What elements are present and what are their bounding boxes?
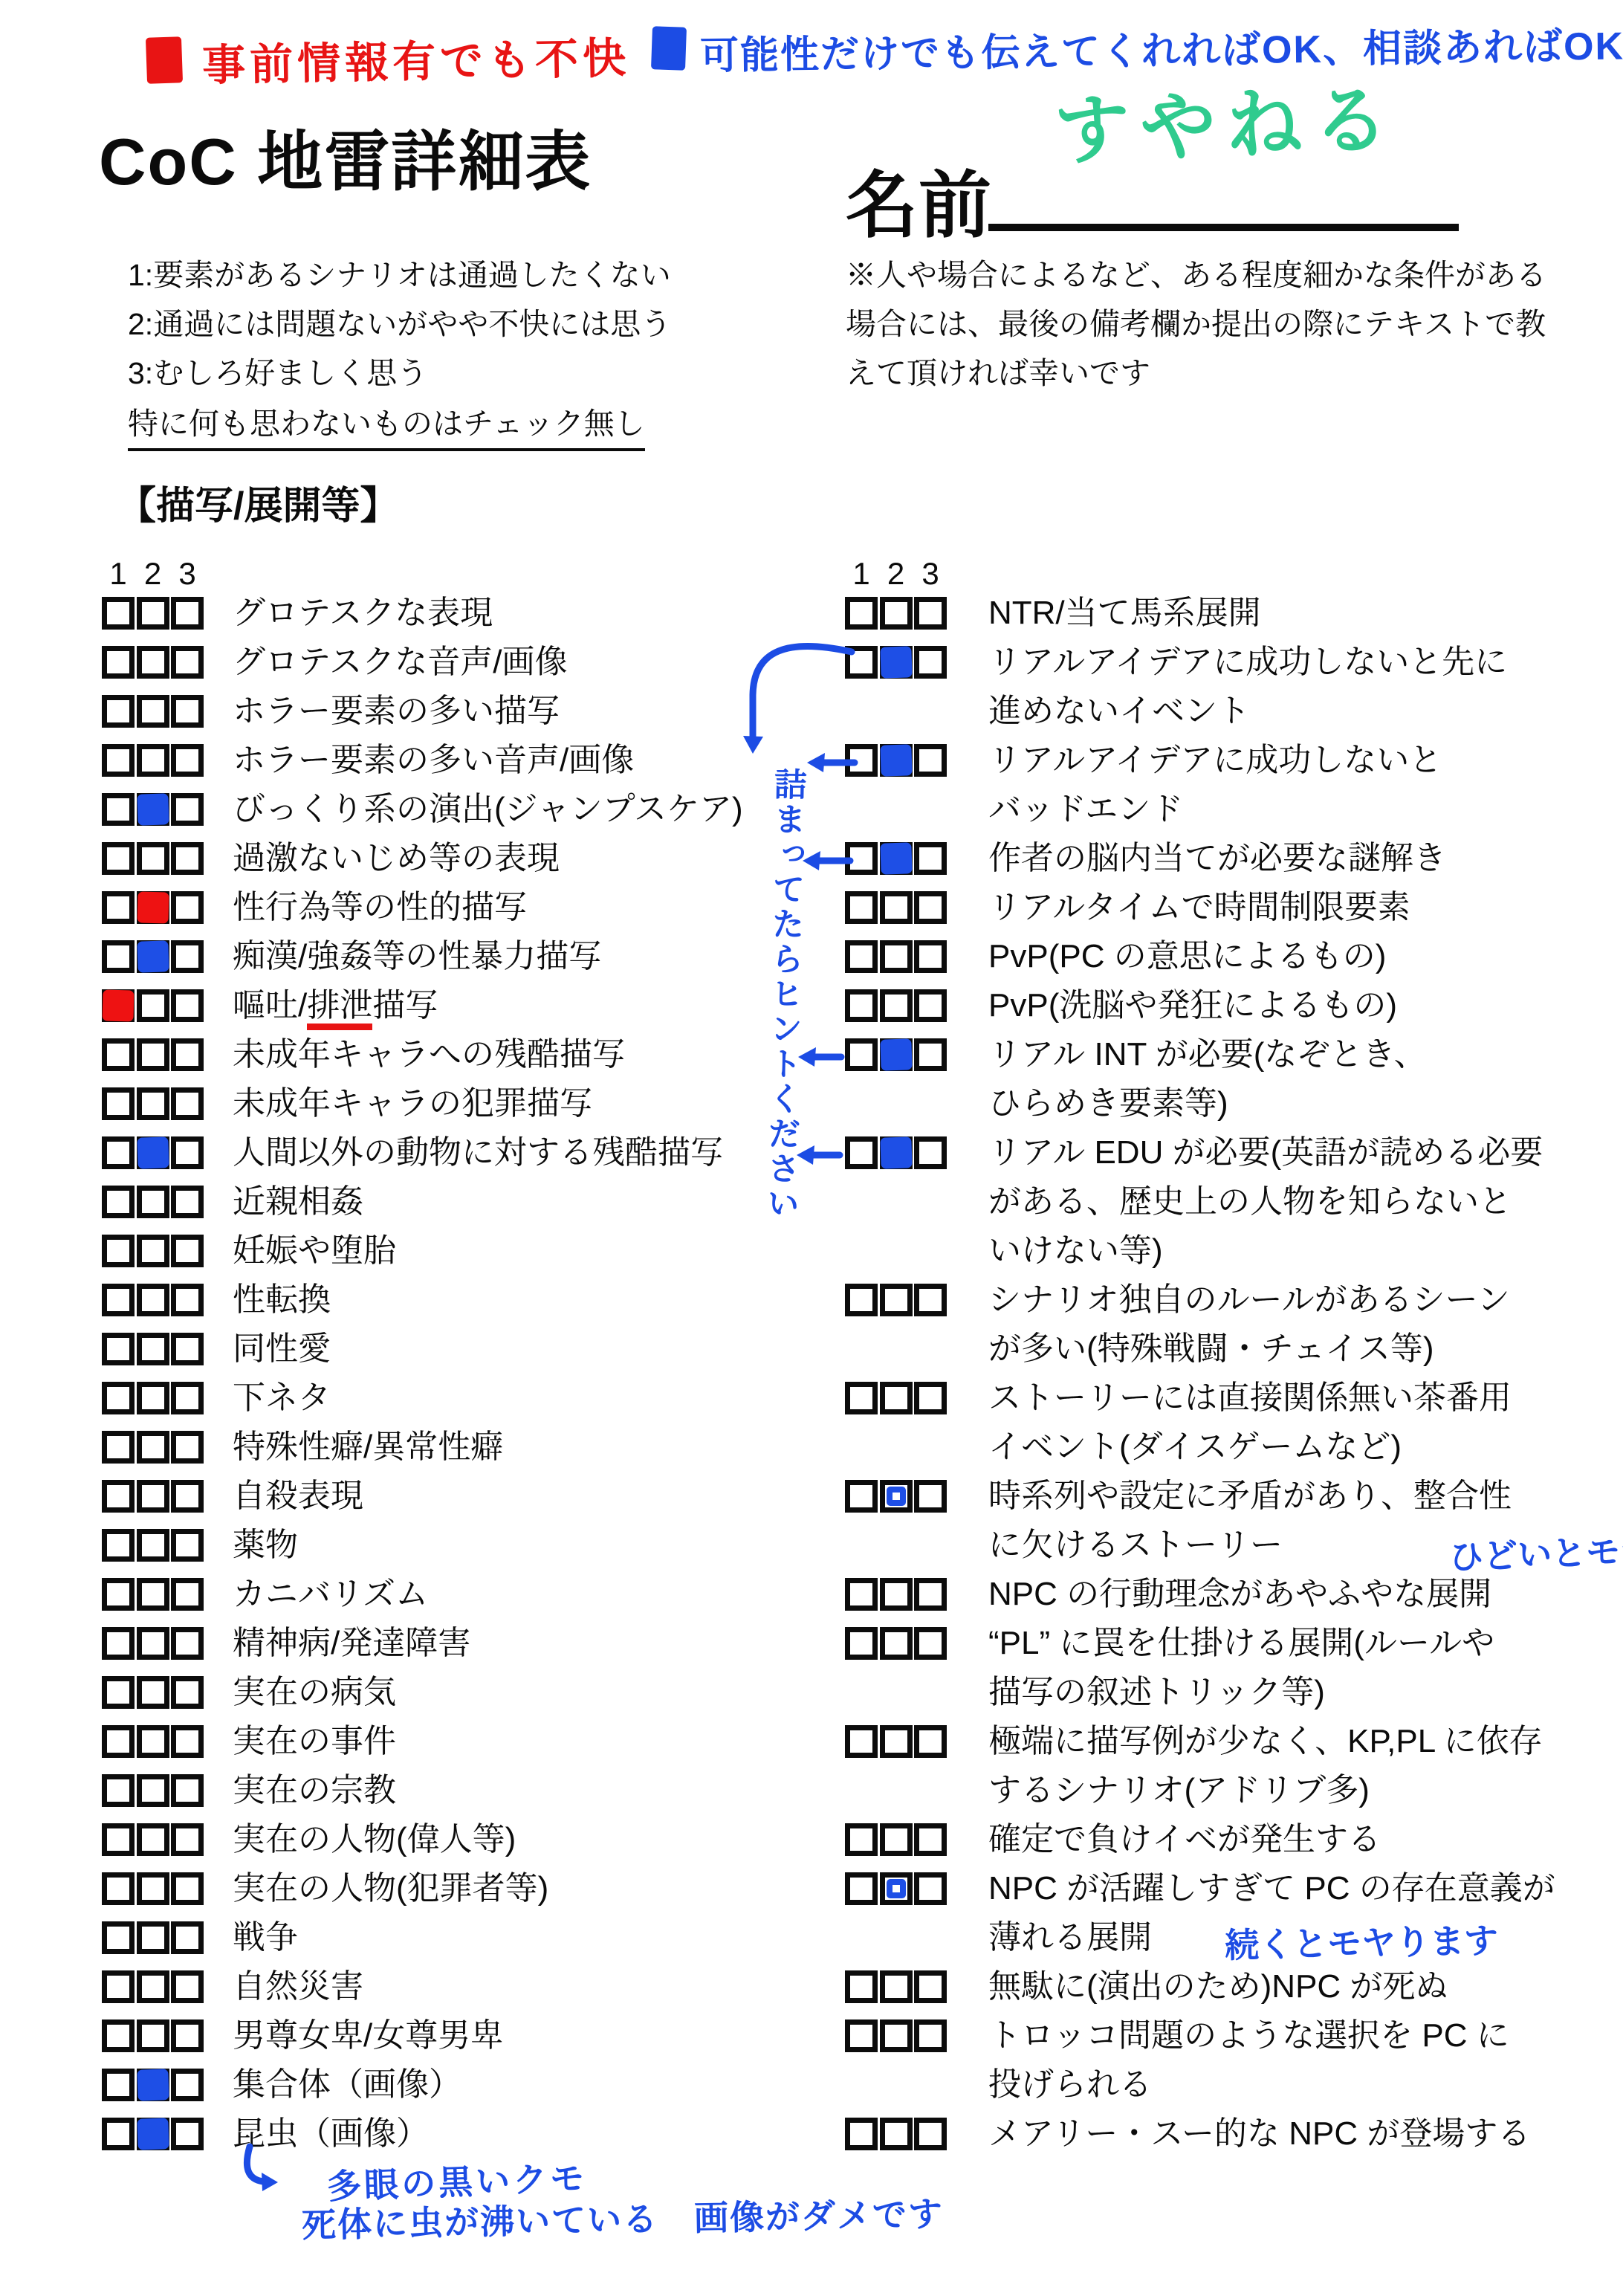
- checkbox-1[interactable]: [845, 1136, 878, 1169]
- checklist-row: [102, 883, 206, 932]
- checkbox-3[interactable]: [171, 1284, 204, 1316]
- checklist-row: [845, 1374, 949, 1423]
- checklist-row: [845, 1815, 949, 1864]
- checklist-row: [845, 1275, 949, 1325]
- checkbox-fill: [880, 842, 912, 874]
- page-title: CoC 地雷詳細表: [99, 110, 592, 204]
- checkbox-3[interactable]: [914, 1382, 947, 1414]
- checkbox-2[interactable]: [880, 1872, 913, 1905]
- checkbox-2[interactable]: [137, 1087, 169, 1120]
- checkbox-3[interactable]: [171, 1186, 204, 1218]
- checkbox-2[interactable]: [880, 891, 913, 924]
- form-page: 事前情報有でも不快 可能性だけでも伝えてくれればOK、相談あればOK CoC 地…: [0, 0, 1623, 2296]
- checklist-label: カニバリズム: [233, 1570, 428, 1619]
- checkbox-1[interactable]: [102, 989, 135, 1022]
- checklist-label: 下ネタ: [233, 1374, 331, 1423]
- checkbox-2[interactable]: [137, 891, 169, 924]
- checklist-row: [845, 1030, 949, 1079]
- checkbox-2[interactable]: [137, 793, 169, 826]
- checkbox-3[interactable]: [914, 2019, 947, 2052]
- checklist-label: グロテスクな表現: [233, 589, 493, 638]
- checkbox-3[interactable]: [914, 1970, 947, 2003]
- name-label: 名前: [846, 147, 991, 252]
- checkbox-2[interactable]: [880, 989, 913, 1022]
- checkbox-3[interactable]: [171, 940, 204, 973]
- checkbox-fill: [102, 989, 134, 1021]
- checkbox-fill: [880, 646, 912, 678]
- checklist-label: 未成年キャラへの残酷描写: [233, 1030, 625, 1079]
- checkbox-1[interactable]: [102, 842, 135, 875]
- checkbox-2[interactable]: [137, 2069, 169, 2101]
- checklist-label: 人間以外の動物に対する残酷描写: [233, 1128, 723, 1177]
- checklist-label: リアルアイデアに成功しないと: [988, 736, 1442, 785]
- checklist-row: [102, 1374, 206, 1423]
- checkbox-1[interactable]: [102, 1578, 135, 1611]
- checkbox-3[interactable]: [171, 1823, 204, 1856]
- checkbox-3[interactable]: [914, 1872, 947, 1905]
- checkbox-1[interactable]: [102, 2069, 135, 2101]
- checkbox-1[interactable]: [102, 744, 135, 777]
- checkbox-1[interactable]: [102, 940, 135, 973]
- checkbox-1[interactable]: [102, 646, 135, 679]
- checklist-row: [102, 834, 206, 883]
- checklist-row: [102, 2109, 206, 2158]
- checklist-label: リアルアイデアに成功しないと先に: [988, 638, 1507, 687]
- checkbox-fill: [137, 793, 169, 825]
- checklist-label: がある、歴史上の人物を知らないと: [988, 1177, 1512, 1226]
- checkbox-1[interactable]: [102, 1284, 135, 1316]
- checkbox-1[interactable]: [102, 1627, 135, 1660]
- checklist-label: シナリオ独自のルールがあるシーン: [988, 1275, 1510, 1325]
- checklist-row: [102, 1423, 206, 1472]
- checkbox-1[interactable]: [845, 1382, 878, 1414]
- checklist-label: ホラー要素の多い描写: [233, 687, 560, 736]
- checkbox-small-fill: [887, 1487, 906, 1506]
- checklist-label: が多い(特殊戦闘・チェイス等): [988, 1325, 1434, 1374]
- checkbox-1[interactable]: [102, 1431, 135, 1464]
- checkbox-3[interactable]: [171, 1627, 204, 1660]
- checkbox-1[interactable]: [845, 1872, 878, 1905]
- checkbox-3[interactable]: [171, 793, 204, 826]
- checkbox-3[interactable]: [171, 1676, 204, 1709]
- checklist-row: [845, 736, 949, 785]
- checkbox-3[interactable]: [171, 2019, 204, 2052]
- checklist-label: ストーリーには直接関係無い茶番用: [988, 1374, 1512, 1423]
- checklist-row: [845, 2109, 949, 2158]
- checklist-label: 妊娠や堕胎: [233, 1226, 396, 1275]
- checkbox-2[interactable]: [137, 1333, 169, 1365]
- checkbox-1[interactable]: [845, 646, 878, 679]
- checkbox-fill: [880, 1136, 912, 1168]
- checklist-row: [102, 589, 206, 638]
- checkbox-2[interactable]: [880, 1382, 913, 1414]
- checklist-row: [845, 1128, 949, 1177]
- checkbox-3[interactable]: [914, 842, 947, 875]
- checkbox-3[interactable]: [171, 891, 204, 924]
- checkbox-3[interactable]: [914, 597, 947, 630]
- checklist-row: [102, 1570, 206, 1619]
- name-underline: [988, 224, 1459, 231]
- checklist-row: [845, 1717, 949, 1766]
- checkbox-1[interactable]: [102, 1235, 135, 1267]
- checklist-row: [845, 834, 949, 883]
- checkbox-2[interactable]: [137, 597, 169, 630]
- checkbox-1[interactable]: [102, 1921, 135, 1954]
- checkbox-3[interactable]: [171, 744, 204, 777]
- checkbox-small-fill: [887, 1879, 906, 1898]
- checklist-label: リアル INT が必要(なぞとき、: [988, 1030, 1427, 1079]
- checkbox-2[interactable]: [137, 1725, 169, 1758]
- checkbox-2[interactable]: [137, 1921, 169, 1954]
- checkbox-2[interactable]: [880, 646, 913, 679]
- checklist-label: ホラー要素の多い音声/画像: [233, 736, 634, 785]
- checklist-row: [845, 1472, 949, 1521]
- checkbox-2[interactable]: [137, 842, 169, 875]
- checklist-label: 過激ないじめ等の表現: [233, 834, 560, 883]
- checkbox-2[interactable]: [137, 1872, 169, 1905]
- checklist-row: [102, 687, 206, 736]
- checkbox-3[interactable]: [171, 989, 204, 1022]
- checklist-label: 実在の事件: [233, 1717, 396, 1766]
- checkbox-1[interactable]: [845, 891, 878, 924]
- checkbox-3[interactable]: [171, 1087, 204, 1120]
- checkbox-1[interactable]: [102, 1382, 135, 1414]
- checklist-label: 精神病/発達障害: [233, 1619, 470, 1668]
- checklist-label: 確定で負けイベが発生する: [988, 1815, 1381, 1864]
- checkbox-2[interactable]: [137, 646, 169, 679]
- checkbox-3[interactable]: [914, 744, 947, 777]
- checklist-label: “PL” に罠を仕掛ける展開(ルールや: [988, 1619, 1494, 1668]
- checkbox-2[interactable]: [137, 1774, 169, 1807]
- checklist-row: [102, 1177, 206, 1226]
- checklist-label: トロッコ問題のような選択を PC に: [988, 2011, 1509, 2060]
- checkbox-1[interactable]: [102, 695, 135, 728]
- checkbox-2[interactable]: [137, 1480, 169, 1513]
- checklist-label: グロテスクな音声/画像: [233, 638, 567, 687]
- checkbox-2[interactable]: [880, 1970, 913, 2003]
- checkbox-1[interactable]: [845, 940, 878, 973]
- checkbox-2[interactable]: [880, 1038, 913, 1071]
- checkbox-1[interactable]: [845, 744, 878, 777]
- blue-filled-checkbox-sample: [651, 26, 687, 71]
- checkbox-2[interactable]: [880, 1627, 913, 1660]
- checkbox-3[interactable]: [914, 989, 947, 1022]
- checkbox-2[interactable]: [137, 989, 169, 1022]
- checkbox-1[interactable]: [845, 1725, 878, 1758]
- checkbox-2[interactable]: [880, 1725, 913, 1758]
- checklist-label: NTR/当て馬系展開: [988, 589, 1261, 638]
- checkbox-2[interactable]: [137, 1676, 169, 1709]
- checkbox-3[interactable]: [171, 1480, 204, 1513]
- checklist-row: [845, 1570, 949, 1619]
- checkbox-3[interactable]: [171, 1774, 204, 1807]
- checkbox-1[interactable]: [845, 1038, 878, 1071]
- checkbox-2[interactable]: [137, 1235, 169, 1267]
- checklist-row: [102, 638, 206, 687]
- rating-legend: 1:要素があるシナリオは通過したくない 2:通過には問題ないがやや不快には思う …: [128, 250, 671, 398]
- checkbox-1[interactable]: [102, 2019, 135, 2052]
- checkbox-2[interactable]: [137, 744, 169, 777]
- checklist-label: 薬物: [233, 1521, 298, 1570]
- checklist-row: [102, 1619, 206, 1668]
- checkbox-1[interactable]: [845, 2118, 878, 2150]
- checklist-label: 同性愛: [233, 1325, 331, 1374]
- checklist-label: 実在の人物(犯罪者等): [233, 1864, 548, 1913]
- checklist-row: [845, 1864, 949, 1913]
- checkbox-1[interactable]: [102, 1774, 135, 1807]
- checklist-label: いけない等): [988, 1226, 1163, 1275]
- checkbox-3[interactable]: [171, 2118, 204, 2150]
- checkbox-3[interactable]: [914, 2118, 947, 2150]
- checkbox-fill: [137, 2118, 169, 2150]
- checkbox-3[interactable]: [171, 597, 204, 630]
- checklist-row: [102, 736, 206, 785]
- checkbox-3[interactable]: [914, 1480, 947, 1513]
- checkbox-1[interactable]: [102, 1186, 135, 1218]
- checkbox-1[interactable]: [102, 1676, 135, 1709]
- checklist-label: NPC の行動理念があやふやな展開: [988, 1570, 1491, 1619]
- checkbox-3[interactable]: [171, 1725, 204, 1758]
- checkbox-1[interactable]: [845, 2019, 878, 2052]
- checkbox-3[interactable]: [171, 1578, 204, 1611]
- checkbox-3[interactable]: [171, 1431, 204, 1464]
- name-note: ※人や場合によるなど、ある程度細かな条件がある 場合には、最後の備考欄か提出の際…: [846, 250, 1546, 398]
- checkbox-1[interactable]: [102, 1333, 135, 1365]
- checkbox-1[interactable]: [102, 1136, 135, 1169]
- checklist-label: 特殊性癖/異常性癖: [233, 1423, 503, 1472]
- checklist-row: [845, 883, 949, 932]
- checkbox-1[interactable]: [102, 1529, 135, 1562]
- checklist-label: 男尊女卑/女尊男卑: [233, 2011, 503, 2060]
- checkbox-2[interactable]: [137, 695, 169, 728]
- checkbox-1[interactable]: [845, 1823, 878, 1856]
- checkbox-3[interactable]: [914, 1284, 947, 1316]
- checkbox-3[interactable]: [171, 2069, 204, 2101]
- checkbox-fill: [137, 2069, 169, 2101]
- checkbox-2[interactable]: [137, 940, 169, 973]
- checkbox-1[interactable]: [102, 1872, 135, 1905]
- checkbox-3[interactable]: [914, 1823, 947, 1856]
- checklist-label: びっくり系の演出(ジャンプスケア): [233, 785, 743, 834]
- checkbox-2[interactable]: [880, 842, 913, 875]
- checklist-label: ひらめき要素等): [988, 1079, 1228, 1128]
- checkbox-1[interactable]: [102, 597, 135, 630]
- checkbox-1[interactable]: [102, 1038, 135, 1071]
- checklist-row: [102, 932, 206, 981]
- checkbox-fill: [880, 744, 912, 776]
- checklist-label: 昆虫（画像）: [233, 2109, 429, 2158]
- checklist-row: [102, 1766, 206, 1815]
- checkbox-2[interactable]: [137, 1038, 169, 1071]
- checklist-row: [102, 1521, 206, 1570]
- checkbox-2[interactable]: [880, 744, 913, 777]
- name-value-handwritten: すやねる: [1052, 59, 1401, 180]
- checklist-row: [845, 981, 949, 1030]
- checkbox-3[interactable]: [914, 1627, 947, 1660]
- checkbox-2[interactable]: [137, 1284, 169, 1316]
- checklist-label: 無駄に(演出のため)NPC が死ぬ: [988, 1962, 1448, 2011]
- name-field[interactable]: すやねる: [988, 65, 1464, 225]
- npc-note: 続くとモヤります: [1224, 1914, 1498, 1967]
- checklist-row: [845, 2011, 949, 2060]
- checklist-label: 集合体（画像）: [233, 2060, 461, 2109]
- checkbox-3[interactable]: [914, 940, 947, 973]
- checkbox-3[interactable]: [914, 1578, 947, 1611]
- checkbox-3[interactable]: [914, 1038, 947, 1071]
- checkbox-fill: [137, 1136, 169, 1168]
- checkbox-3[interactable]: [171, 1529, 204, 1562]
- checklist-label: 性転換: [233, 1275, 331, 1325]
- checklist-row: [102, 981, 206, 1030]
- checkbox-2[interactable]: [137, 1970, 169, 2003]
- checklist-label: リアル EDU が必要(英語が読める必要: [988, 1128, 1543, 1177]
- checkbox-1[interactable]: [102, 1087, 135, 1120]
- section-heading: 【描写/展開等】: [117, 474, 398, 530]
- checklist-row: [102, 1325, 206, 1374]
- checkbox-1[interactable]: [102, 1725, 135, 1758]
- red-legend-note: 事前情報有でも不快: [201, 23, 630, 93]
- checkbox-1[interactable]: [845, 842, 878, 875]
- checklist-label: 痴漢/強姦等の性暴力描写: [233, 932, 601, 981]
- checkbox-2[interactable]: [880, 2118, 913, 2150]
- checklist-label: 自然災害: [233, 1962, 363, 2011]
- checkbox-1[interactable]: [845, 1970, 878, 2003]
- scale-header-right: 123: [845, 556, 949, 592]
- checkbox-1[interactable]: [102, 1823, 135, 1856]
- checkbox-3[interactable]: [171, 1382, 204, 1414]
- checklist-label: に欠けるストーリー: [988, 1521, 1283, 1570]
- checkbox-2[interactable]: [137, 1823, 169, 1856]
- checklist-label: 薄れる展開: [988, 1913, 1152, 1962]
- checkbox-2[interactable]: [880, 1136, 913, 1169]
- curved-arrow: [753, 646, 852, 739]
- checkbox-2[interactable]: [137, 2118, 169, 2150]
- checklist-label: PvP(PC の意思によるもの): [988, 932, 1386, 981]
- checkbox-1[interactable]: [845, 1578, 878, 1611]
- checklist-row: [102, 1864, 206, 1913]
- checkbox-1[interactable]: [845, 597, 878, 630]
- checkbox-2[interactable]: [880, 1480, 913, 1513]
- checklist-row: [102, 1128, 206, 1177]
- checklist-label: メアリー・スー的な NPC が登場する: [988, 2109, 1530, 2158]
- checklist-label: するシナリオ(アドリブ多): [988, 1766, 1370, 1815]
- checklist-label: 作者の脳内当てが必要な謎解き: [988, 834, 1446, 883]
- checkbox-1[interactable]: [102, 1970, 135, 2003]
- checkbox-3[interactable]: [914, 646, 947, 679]
- checkbox-2[interactable]: [137, 1627, 169, 1660]
- checklist-label: 実在の人物(偉人等): [233, 1815, 516, 1864]
- checklist-row: [845, 1619, 949, 1668]
- checkbox-1[interactable]: [845, 1627, 878, 1660]
- checklist-row: [102, 1079, 206, 1128]
- checklist-label: 描写の叙述トリック等): [988, 1668, 1325, 1717]
- checklist-row: [845, 932, 949, 981]
- checkbox-2[interactable]: [880, 1578, 913, 1611]
- checkbox-3[interactable]: [171, 695, 204, 728]
- checkbox-3[interactable]: [171, 646, 204, 679]
- checklist-row: [102, 2011, 206, 2060]
- checkbox-2[interactable]: [880, 940, 913, 973]
- checkbox-1[interactable]: [102, 2118, 135, 2150]
- checkbox-fill: [137, 940, 169, 972]
- checklist-row: [845, 638, 949, 687]
- checkbox-1[interactable]: [102, 793, 135, 826]
- checklist-row: [102, 1668, 206, 1717]
- checklist-label: NPC が活躍しすぎて PC の存在意義が: [988, 1864, 1555, 1913]
- checklist-row: [845, 589, 949, 638]
- checkbox-3[interactable]: [171, 842, 204, 875]
- checkbox-3[interactable]: [914, 1725, 947, 1758]
- checklist-row: [102, 1226, 206, 1275]
- checkbox-fill: [880, 1038, 912, 1070]
- scale-header-left: 123: [102, 556, 206, 592]
- checklist-row: [102, 1717, 206, 1766]
- checklist-label: バッドエンド: [988, 785, 1183, 834]
- checklist-row: [102, 1913, 206, 1962]
- checkbox-1[interactable]: [102, 1480, 135, 1513]
- checkbox-2[interactable]: [880, 1823, 913, 1856]
- checkbox-1[interactable]: [102, 891, 135, 924]
- checkbox-3[interactable]: [171, 1872, 204, 1905]
- checklist-label: リアルタイムで時間制限要素: [988, 883, 1410, 932]
- checklist-row: [102, 1962, 206, 2011]
- checklist-label: 近親相姦: [233, 1177, 363, 1226]
- checkbox-3[interactable]: [914, 1136, 947, 1169]
- checkbox-1[interactable]: [845, 1284, 878, 1316]
- checkbox-fill: [137, 891, 169, 923]
- checkbox-3[interactable]: [171, 1970, 204, 2003]
- checkbox-3[interactable]: [914, 891, 947, 924]
- checklist-label: 極端に描写例が少なく、KP,PL に依存: [988, 1717, 1542, 1766]
- checkbox-2[interactable]: [137, 2019, 169, 2052]
- insect-note-line2: 死体に虫が沸いている 画像がダメです: [301, 2187, 944, 2247]
- checklist-label: 嘔吐/排泄描写: [233, 981, 438, 1030]
- checklist-label: イベント(ダイスゲームなど): [988, 1423, 1402, 1472]
- checklist-label: 性行為等の性的描写: [233, 883, 527, 932]
- stuck-hint-note: 詰まってたらヒントください: [756, 766, 811, 1221]
- checkbox-2[interactable]: [880, 2019, 913, 2052]
- checklist-row: [102, 2060, 206, 2109]
- red-filled-checkbox-sample: [146, 36, 183, 84]
- checkbox-3[interactable]: [171, 1136, 204, 1169]
- checklist-label: 実在の宗教: [233, 1766, 396, 1815]
- checkbox-2[interactable]: [137, 1529, 169, 1562]
- checkbox-2[interactable]: [137, 1578, 169, 1611]
- checkbox-2[interactable]: [880, 597, 913, 630]
- checklist-row: [845, 1962, 949, 2011]
- checkbox-2[interactable]: [137, 1136, 169, 1169]
- checklist-label: 進めないイベント: [988, 687, 1250, 736]
- checkbox-2[interactable]: [137, 1186, 169, 1218]
- checkbox-1[interactable]: [845, 989, 878, 1022]
- checklist-row: [102, 1030, 206, 1079]
- checkbox-3[interactable]: [171, 1921, 204, 1954]
- checkbox-2[interactable]: [137, 1382, 169, 1414]
- checkbox-2[interactable]: [880, 1284, 913, 1316]
- checkbox-3[interactable]: [171, 1235, 204, 1267]
- checklist-label: 戦争: [233, 1913, 298, 1962]
- checkbox-3[interactable]: [171, 1333, 204, 1365]
- checklist-label: 自殺表現: [233, 1472, 363, 1521]
- checkbox-3[interactable]: [171, 1038, 204, 1071]
- checklist-label: PvP(洗脳や発狂によるもの): [988, 981, 1397, 1030]
- checklist-row: [102, 1275, 206, 1325]
- checklist-row: [102, 1815, 206, 1864]
- checklist-label: 実在の病気: [233, 1668, 396, 1717]
- checkbox-1[interactable]: [845, 1480, 878, 1513]
- checkbox-2[interactable]: [137, 1431, 169, 1464]
- checklist-label: 時系列や設定に矛盾があり、整合性: [988, 1472, 1512, 1521]
